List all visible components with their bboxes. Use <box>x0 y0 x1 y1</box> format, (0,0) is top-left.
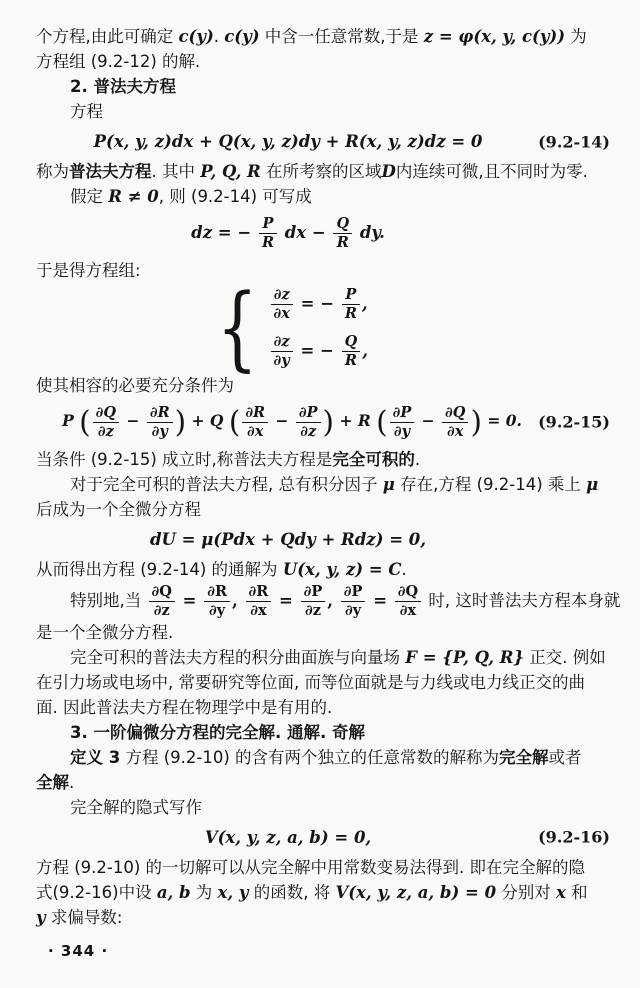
text-run: 方程 (9.2-10) 的一切解可以从完全解中用常数变易法得到. 即在完全解的隐 <box>36 858 585 877</box>
fraction-numerator: ∂z <box>271 334 293 352</box>
fraction-numerator: ∂z <box>271 287 293 305</box>
equation-body: P(x, y, z)dx + Q(x, y, z)dy + R(x, y, z)… <box>94 132 483 151</box>
math-run: = <box>273 591 298 610</box>
paragraph-line: 方程 (9.2-10) 的一切解可以从完全解中用常数变易法得到. 即在完全解的隐 <box>36 855 610 880</box>
text-run: 完全解的隐式写作 <box>70 798 202 817</box>
text-run: 从而得出方程 (9.2-14) 的通解为 <box>36 560 283 579</box>
paragraph-line: 当条件 (9.2-15) 成立时,称普法夫方程是完全可积的. <box>36 447 610 472</box>
math-run: − <box>121 411 145 430</box>
math-run: = <box>177 591 202 610</box>
math-run: P, Q, R <box>200 162 261 181</box>
fraction-numerator: ∂R <box>204 584 230 602</box>
paragraph-line: 特别地,当 ∂Q∂z = ∂R∂y, ∂R∂x = ∂P∂z, ∂P∂y = ∂… <box>36 582 610 620</box>
paragraph-line: 完全可积的普法夫方程的积分曲面族与向量场 F = {P, Q, R} 正交. 例… <box>36 645 610 670</box>
math-run: , <box>362 341 368 360</box>
fraction-denominator: R <box>342 305 360 322</box>
paragraph-line: 从而得出方程 (9.2-14) 的通解为 U(x, y, z) = C. <box>36 557 610 582</box>
text-run: . <box>401 560 406 579</box>
display-equation-9-2-14: P(x, y, z)dx + Q(x, y, z)dy + R(x, y, z)… <box>36 129 610 154</box>
math-run: c(y) <box>179 27 214 46</box>
math-run: − <box>270 411 294 430</box>
text-run: 求偏导数: <box>46 908 123 927</box>
text-run: 在所考察的区域 <box>261 162 382 181</box>
fraction: ∂R∂x <box>242 405 268 440</box>
fraction-denominator: ∂z <box>301 602 326 619</box>
math-run: P <box>62 411 79 430</box>
math-run: , <box>232 591 244 610</box>
fraction: PR <box>259 216 277 251</box>
math-run: dx − <box>279 223 331 242</box>
fraction: ∂z∂y <box>271 334 293 369</box>
paragraph-line: 完全解的隐式写作 <box>36 795 610 820</box>
fraction: ∂R∂x <box>246 584 272 619</box>
paragraph-line: 使其相容的必要充分条件为 <box>36 373 610 398</box>
paragraph-line: 方程 <box>36 99 610 124</box>
paragraph-line: 面. 因此普法夫方程在物理学中是有用的. <box>36 695 610 720</box>
math-run: , <box>362 294 368 313</box>
paragraph-line: 在引力场或电场中, 常要研究等位面, 而等位面就是与力线或电力线正交的曲 <box>36 670 610 695</box>
math-run: V(x, y, z, a, b) = 0 <box>335 883 496 902</box>
fraction: ∂R∂y <box>204 584 230 619</box>
text-run: . 其中 <box>152 162 201 181</box>
close-paren: ) <box>323 405 335 439</box>
text-run: 和 <box>566 883 588 902</box>
text-run: . <box>69 773 74 792</box>
fraction-numerator: P <box>342 287 360 305</box>
math-run: U(x, y, z) = C <box>283 560 402 579</box>
textbook-page: 个方程,由此可确定 c(y). c(y) 中含一任意常数,于是 z = φ(x,… <box>0 0 640 988</box>
fraction-denominator: ∂y <box>204 602 230 619</box>
text-run: 内连续可微,且不同时为零. <box>396 162 588 181</box>
fraction: QR <box>342 334 361 369</box>
fraction-denominator: ∂y <box>147 423 173 440</box>
paragraph-line: 后成为一个全微分方程 <box>36 497 610 522</box>
text-run: . <box>214 27 225 46</box>
fraction-numerator: Q <box>333 216 352 234</box>
heading-text: 3. 一阶偏微分方程的完全解. 通解. 奇解 <box>70 723 365 742</box>
math-run: dz = − <box>191 223 257 242</box>
fraction-numerator: ∂P <box>390 405 415 423</box>
math-run: μ <box>586 475 598 494</box>
bold-term: 普法夫方程 <box>69 162 152 181</box>
fraction-denominator: ∂x <box>395 602 421 619</box>
math-run: + R <box>334 411 376 430</box>
fraction-denominator: ∂x <box>442 423 468 440</box>
fraction: ∂Q∂z <box>93 405 119 440</box>
fraction: ∂P∂z <box>296 405 321 440</box>
text-run: 在引力场或电场中, 常要研究等位面, 而等位面就是与力线或电力线正交的曲 <box>36 673 585 692</box>
fraction-denominator: ∂z <box>93 423 119 440</box>
section-heading-pfaff: 2. 普法夫方程 <box>36 74 610 99</box>
text-run: 式(9.2-16)中设 <box>36 883 157 902</box>
text-run: 当条件 (9.2-15) 成立时,称普法夫方程是 <box>36 450 332 469</box>
heading-text: 2. 普法夫方程 <box>70 77 176 96</box>
fraction-denominator: ∂y <box>341 602 366 619</box>
fraction-numerator: ∂P <box>341 584 366 602</box>
bold-term: 完全可积的 <box>332 450 415 469</box>
text-run: 时, 这时普法夫方程本身就 <box>423 591 620 610</box>
fraction-denominator: ∂y <box>271 352 293 369</box>
math-run: c(y) <box>224 27 259 46</box>
fraction-denominator: ∂y <box>390 423 415 440</box>
math-run: D <box>382 162 396 181</box>
text-run: 于是得方程组: <box>36 261 141 280</box>
system-row: ∂z∂y = − QR, <box>269 334 368 369</box>
fraction-numerator: P <box>259 216 277 234</box>
math-run: = − <box>295 294 340 313</box>
fraction: ∂R∂y <box>147 405 173 440</box>
paragraph-line: 对于完全可积的普法夫方程, 总有积分因子 μ 存在,方程 (9.2-14) 乘上… <box>36 472 610 497</box>
paragraph-line: 假定 R ≠ 0, 则 (9.2-14) 可写成 <box>36 184 610 209</box>
text-run: 中含一任意常数,于是 <box>260 27 424 46</box>
text-run: 个方程,由此可确定 <box>36 27 179 46</box>
fraction-numerator: ∂Q <box>149 584 175 602</box>
fraction: ∂Q∂x <box>442 405 468 440</box>
text-run: 分别对 <box>496 883 556 902</box>
fraction-denominator: ∂z <box>296 423 321 440</box>
equation-number: (9.2-14) <box>538 129 610 154</box>
math-run: z = φ(x, y, c(y)) <box>424 27 565 46</box>
paragraph-line: 方程组 (9.2-12) 的解. <box>36 49 610 74</box>
math-run: = − <box>295 341 340 360</box>
display-equation-9-2-16: V(x, y, z, a, b) = 0, (9.2-16) <box>36 825 610 850</box>
text-run: 为 <box>191 883 218 902</box>
text-run: 对于完全可积的普法夫方程, 总有积分因子 <box>70 475 383 494</box>
close-paren: ) <box>470 405 482 439</box>
fraction-denominator: R <box>259 234 277 251</box>
math-run: , <box>327 591 339 610</box>
open-paren: ( <box>79 405 91 439</box>
paragraph-line: 式(9.2-16)中设 a, b 为 x, y 的函数, 将 V(x, y, z… <box>36 880 610 905</box>
page-number: · 344 · <box>36 939 610 964</box>
text-run: 特别地,当 <box>70 591 147 610</box>
equation-body: dz = − PR dx − QR dy. <box>191 223 385 242</box>
section-heading-complete-solution: 3. 一阶偏微分方程的完全解. 通解. 奇解 <box>36 720 610 745</box>
equation-number: (9.2-15) <box>538 410 610 435</box>
system-row: ∂z∂x = − PR, <box>269 287 368 322</box>
bold-term: 全解 <box>36 773 69 792</box>
page-number-text: · 344 · <box>48 942 108 960</box>
math-run: dy. <box>354 223 385 242</box>
equation-number: (9.2-16) <box>538 825 610 850</box>
math-run: F = {P, Q, R} <box>405 648 524 667</box>
fraction-denominator: R <box>342 352 361 369</box>
bold-term: 完全解 <box>499 748 549 767</box>
math-run: a, b <box>157 883 191 902</box>
fraction-numerator: Q <box>342 334 361 352</box>
equation-body: P (∂Q∂z − ∂R∂y) + Q (∂R∂x − ∂P∂z) + R (∂… <box>62 411 522 430</box>
display-equation-dU: dU = μ(Pdx + Qdy + Rdz) = 0, <box>36 527 610 552</box>
paragraph-line: 个方程,由此可确定 c(y). c(y) 中含一任意常数,于是 z = φ(x,… <box>36 24 610 49</box>
text-run: 方程 <box>70 102 103 121</box>
math-run: R ≠ 0 <box>108 187 159 206</box>
display-equation-system: { ∂z∂x = − PR, ∂z∂y = − QR, <box>36 287 610 369</box>
fraction-numerator: ∂P <box>301 584 326 602</box>
math-run: − <box>416 411 440 430</box>
fraction: QR <box>333 216 352 251</box>
fraction-denominator: ∂x <box>246 602 272 619</box>
paragraph-line: 于是得方程组: <box>36 258 610 283</box>
definition-label: 定义 3 <box>70 748 120 767</box>
system-rows: ∂z∂x = − PR, ∂z∂y = − QR, <box>269 287 368 369</box>
fraction-denominator: R <box>333 234 352 251</box>
text-run: 正交. 例如 <box>524 648 606 667</box>
fraction-numerator: ∂Q <box>395 584 421 602</box>
equation-body: V(x, y, z, a, b) = 0, <box>205 828 371 847</box>
fraction: ∂Q∂x <box>395 584 421 619</box>
text-run: 方程 (9.2-10) 的含有两个独立的任意常数的解称为 <box>120 748 499 767</box>
math-run: y <box>36 908 46 927</box>
text-run: 假定 <box>70 187 108 206</box>
paragraph-line: 是一个全微分方程. <box>36 620 610 645</box>
math-run: x, y <box>218 883 249 902</box>
fraction-numerator: ∂R <box>246 584 272 602</box>
fraction: ∂z∂x <box>271 287 293 322</box>
math-run: = <box>367 591 392 610</box>
fraction-numerator: ∂R <box>147 405 173 423</box>
fraction-denominator: ∂z <box>149 602 175 619</box>
equation-body: dU = μ(Pdx + Qdy + Rdz) = 0, <box>150 530 426 549</box>
text-run: 称为 <box>36 162 69 181</box>
fraction-numerator: ∂P <box>296 405 321 423</box>
fraction-numerator: ∂R <box>242 405 268 423</box>
text-run: 后成为一个全微分方程 <box>36 500 201 519</box>
fraction: ∂Q∂z <box>149 584 175 619</box>
text-run: . <box>415 450 420 469</box>
math-run: x <box>556 883 566 902</box>
text-run: 完全可积的普法夫方程的积分曲面族与向量场 <box>70 648 405 667</box>
fraction-denominator: ∂x <box>271 305 293 322</box>
fraction: ∂P∂y <box>341 584 366 619</box>
open-paren: ( <box>376 405 388 439</box>
text-run: 面. 因此普法夫方程在物理学中是有用的. <box>36 698 332 717</box>
display-equation-dz: dz = − PR dx − QR dy. <box>36 216 610 251</box>
text-run: 存在,方程 (9.2-14) 乘上 <box>395 475 586 494</box>
math-run: + Q <box>186 411 229 430</box>
fraction-numerator: ∂Q <box>442 405 468 423</box>
paragraph-line: 全解. <box>36 770 610 795</box>
paragraph-line: 称为普法夫方程. 其中 P, Q, R 在所考察的区域D内连续可微,且不同时为零… <box>36 159 610 184</box>
math-run: μ <box>383 475 395 494</box>
close-paren: ) <box>175 405 187 439</box>
text-run: 或者 <box>549 748 582 767</box>
paragraph-line: y 求偏导数: <box>36 905 610 930</box>
open-paren: ( <box>229 405 241 439</box>
display-equation-9-2-15: P (∂Q∂z − ∂R∂y) + Q (∂R∂x − ∂P∂z) + R (∂… <box>36 405 610 440</box>
text-run: 的函数, 将 <box>248 883 335 902</box>
math-run: = 0. <box>482 411 522 430</box>
fraction: PR <box>342 287 360 322</box>
fraction: ∂P∂z <box>301 584 326 619</box>
text-run: , 则 (9.2-14) 可写成 <box>159 187 312 206</box>
left-brace: { <box>217 288 258 368</box>
paragraph-line: 定义 3 方程 (9.2-10) 的含有两个独立的任意常数的解称为完全解或者 <box>36 745 610 770</box>
text-run: 是一个全微分方程. <box>36 623 173 642</box>
fraction-numerator: ∂Q <box>93 405 119 423</box>
fraction: ∂P∂y <box>390 405 415 440</box>
text-run: 为 <box>565 27 587 46</box>
text-run: 方程组 (9.2-12) 的解. <box>36 52 200 71</box>
fraction-denominator: ∂x <box>242 423 268 440</box>
text-run: 使其相容的必要充分条件为 <box>36 376 234 395</box>
